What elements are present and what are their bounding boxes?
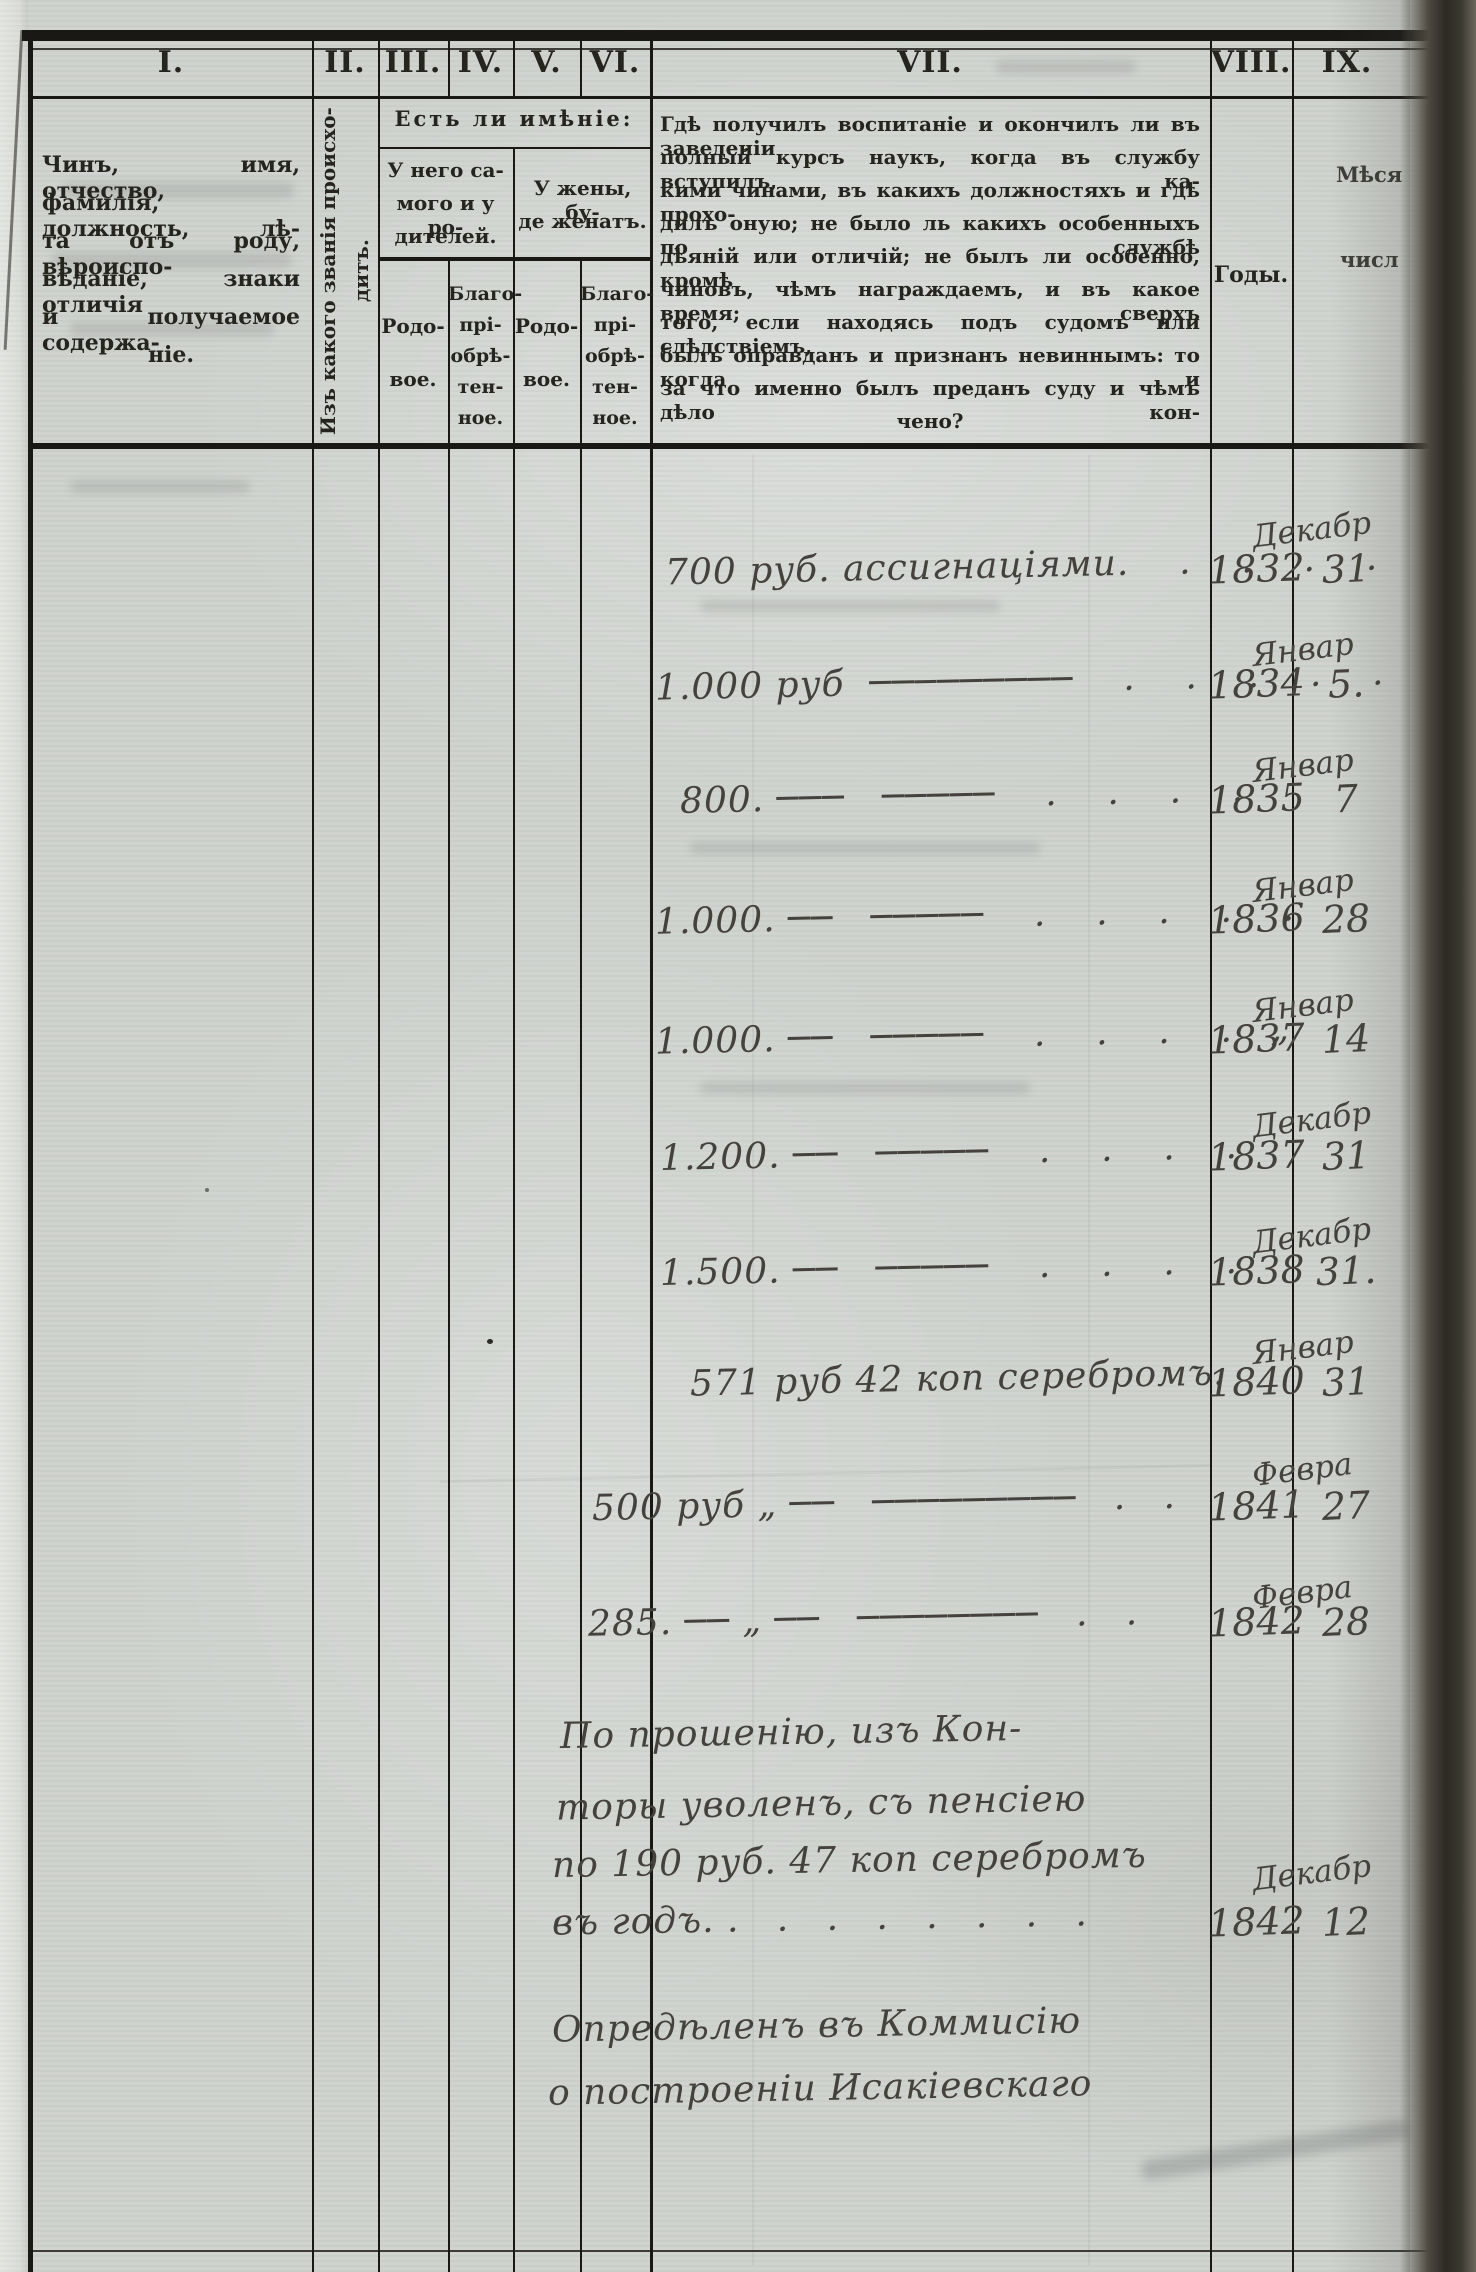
entry-year: 1835 [1207, 775, 1298, 822]
rule-under-column-numbers [28, 96, 1476, 99]
col1-header-line: и получаемое содержа- [42, 304, 300, 340]
entry-year: 1842 [1207, 1598, 1298, 1645]
col8-header-years-label: Годы. [1210, 262, 1292, 288]
pension-note-year: 1842 [1207, 1898, 1298, 1945]
acquired-label-line: ное. [580, 407, 650, 429]
col7-header-line: дилъ оную; не было ль какихъ особенныхъ … [660, 211, 1200, 242]
ancestral-label-line: Родо- [378, 314, 448, 338]
acquired-label-line: Благо- [448, 283, 513, 305]
bleed-through-smudge [700, 1082, 1030, 1094]
column-number-7: VII. [650, 45, 1210, 80]
header-bottom-border [28, 443, 1476, 449]
ink-fleck [487, 1339, 493, 1344]
pension-note-line: торы уволенъ, съ пенсіею [556, 1778, 1087, 1828]
column-number-6: VI. [580, 45, 650, 80]
col-divider-4-5 [513, 147, 515, 2272]
table-left-border [28, 30, 33, 2272]
col2-header-vertical: Изъ какого званія происхо- дитъ. [312, 102, 378, 440]
bleed-through-smudge [690, 842, 1040, 854]
column-number-1: I. [30, 45, 312, 80]
entry-amount: 285. ── „ ── ──────── . . [588, 1592, 1139, 1645]
entry-year: 1841 [1207, 1482, 1298, 1529]
column-number-5: V. [513, 45, 580, 80]
entry-amount: 1.500. ── ───── . . . . [660, 1241, 1239, 1294]
acquired-label-line: тен- [448, 376, 513, 398]
acquired-label-line: обрѣ- [580, 345, 650, 367]
col7-header-line: былъ оправданъ и признанъ невиннымъ: то … [660, 343, 1200, 374]
pension-note-line: По прошенію, изъ Кон- [560, 1708, 1023, 1757]
right-edge-shade [1330, 0, 1410, 2272]
entry-year: 1838 [1207, 1247, 1298, 1294]
col-divider-3-4 [448, 257, 450, 2272]
entry-amount: 1.000. ── ───── . . . . „ [655, 1008, 1291, 1062]
pension-note-line: въ годъ. . . . . . . . . [552, 1893, 1088, 1943]
table-bottom-rule [28, 2250, 1476, 2252]
entry-year: 1836 [1207, 895, 1298, 942]
estate-wife-line: де женатъ. [515, 209, 650, 233]
acquired-label-line: тен- [580, 376, 650, 398]
acquired-label-line: обрѣ- [448, 345, 513, 367]
entry-amount: 800. ─── ───── . . . . [680, 769, 1245, 822]
col-divider-5-6 [580, 257, 582, 2272]
col1-header-line: Чинъ, имя, отчество, [42, 152, 300, 188]
column-number-8: VIII. [1210, 45, 1292, 80]
acquired-label-line: ное. [448, 407, 513, 429]
col1-header-line: ніе. [42, 342, 300, 378]
col2-header-line: дитъ. [345, 102, 378, 440]
table-top-border [22, 30, 1476, 41]
col7-header-line: за что именно былъ преданъ суду и чѣмъ д… [660, 376, 1200, 407]
estate-own-line: дителей. [378, 224, 513, 248]
bleed-through-smudge [700, 600, 1000, 612]
col7-header-line: чиновъ, чѣмъ награждаемъ, и въ какое вре… [660, 277, 1200, 308]
entry-year: 1834 [1207, 660, 1298, 707]
ancestral-label-line: вое. [513, 367, 580, 391]
entry-amount: 571 руб 42 коп серебромъ. [690, 1352, 1226, 1404]
pension-note-line: по 190 руб. 47 коп серебромъ [552, 1835, 1147, 1886]
entry-year: 1832 [1207, 545, 1298, 592]
acquired-label-line: прі- [448, 314, 513, 336]
entry-year: 1837 [1207, 1015, 1298, 1062]
col7-header-line: дѣяній или отличій; не былъ ли особенно,… [660, 244, 1200, 275]
ancestral-label-line: Родо- [513, 314, 580, 338]
entry-amount: 1.000. ── ───── . . . . . [655, 888, 1296, 942]
col2-header-line: Изъ какого званія происхо- [312, 102, 345, 440]
entry-amount: 1.200. ── ───── . . . . [660, 1126, 1239, 1179]
scanned-service-record-page: I. II. III. IV. V. VI. VII. VIII. IX. Чи… [0, 0, 1476, 2272]
col7-header-line: полный курсъ наукъ, когда въ службу всту… [660, 145, 1200, 176]
col1-header-line: фамилія, должность, лѣ- [42, 190, 300, 226]
col1-header-line: вѣданіе, знаки отличія [42, 266, 300, 302]
entry-year: 1840 [1207, 1358, 1298, 1405]
bleed-through-smudge [70, 480, 250, 493]
acquired-label-line: Благо- [580, 283, 650, 305]
paper-crease [752, 455, 754, 2265]
book-edge-dark-band [1400, 0, 1476, 2272]
col7-header-line: Гдѣ получилъ воспитаніе и окончилъ ли въ… [660, 112, 1200, 143]
column-number-4: IV. [448, 45, 513, 80]
appointment-note-line: о построеніи Исакіевскаго [548, 2063, 1093, 2113]
appointment-note-line: Опредѣленъ въ Коммисію [552, 2000, 1082, 2050]
estate-own-line: У него са- [378, 158, 513, 182]
entry-year: 1837 [1207, 1132, 1298, 1179]
col7-header-line: того, если находясь подъ судомъ или слѣд… [660, 310, 1200, 341]
ancestral-label-line: вое. [378, 367, 448, 391]
col1-header-line: та отъ роду, вѣроиспо- [42, 228, 300, 264]
column-number-2: II. [312, 45, 378, 80]
col7-header-line: кими чинами, въ какихъ должностяхъ и гдѣ… [660, 178, 1200, 209]
ink-fleck [205, 1188, 209, 1192]
acquired-label-line: прі- [580, 314, 650, 336]
estate-title: Есть ли имѣніе: [380, 106, 648, 131]
column-number-3: III. [378, 45, 448, 80]
col7-header-line: чено? [660, 409, 1200, 440]
